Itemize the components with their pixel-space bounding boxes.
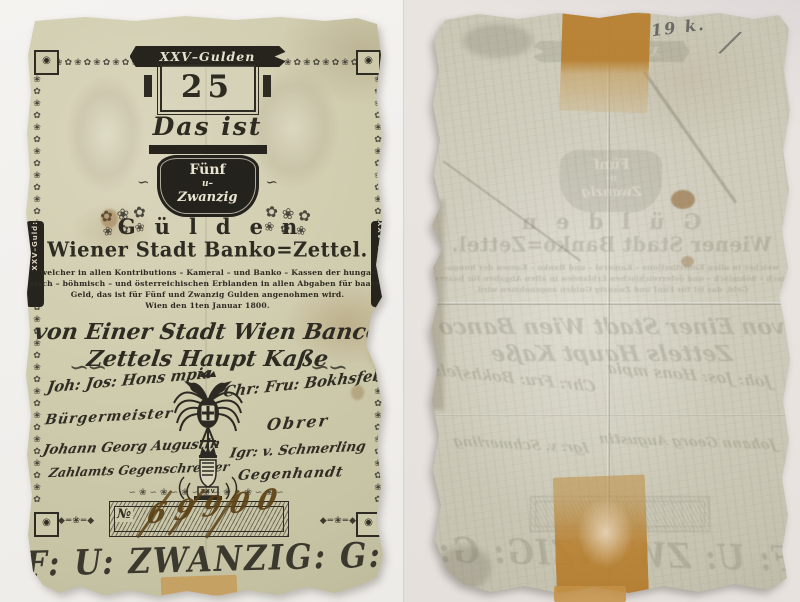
ghost-clause: welcher in allen Kontributions – Kameral… [429,262,794,295]
ghost-cartouche-line: Zwanzig [561,185,663,200]
issuer-line-1: von Einer Stadt Wien Banco [23,319,392,345]
edge-grime [429,200,444,410]
photo-composite: ❀✿❀✿❀✿❀✿❀✿❀✿❀✿❀✿❀✿❀✿❀✿❀✿❀✿❀✿❀✿❀✿❀✿❀✿❀✿❀✿… [0,0,800,602]
serial-number-label: № [115,507,133,522]
banner-text: XXV–Gulden [160,49,256,64]
denomination-frame: 25 [160,64,256,112]
banknote-front-wrap: ❀✿❀✿❀✿❀✿❀✿❀✿❀✿❀✿❀✿❀✿❀✿❀✿❀✿❀✿❀✿❀✿❀✿❀✿❀✿❀✿… [25,15,390,597]
banknote-front: ❀✿❀✿❀✿❀✿❀✿❀✿❀✿❀✿❀✿❀✿❀✿❀✿❀✿❀✿❀✿❀✿❀✿❀✿❀✿❀✿… [25,15,390,597]
das-ist-text: Das ist [25,112,390,141]
ghost-clause-line: Geld, das ist für Fünf und Zwanzig Gulde… [429,284,794,295]
frame-tassel-left [144,75,152,97]
clause-line: welcher in allen Kontributions – Kameral… [25,267,390,278]
denomination-numeral: 25 [162,66,254,108]
edge-grime [437,546,491,590]
clause-line: risch – böhmisch – und österreichischen … [25,278,390,289]
guelden-text: Gülden [25,214,390,239]
signature-title-2: Obrer [266,411,331,435]
clause-line: Geld, das ist für Fünf und Zwanzig Gulde… [25,289,390,300]
scroll-curl-icon: ∽ [265,173,278,191]
ghost-signature: Johann Georg Augustin [597,431,777,453]
ghost-issuer-1: von Einer Stadt Wien Banco [427,314,796,340]
photo-back-side: XXV–Gulden Fünf u– Zwanzig Gülden Wiener… [403,0,800,602]
corner-rosette-icon: ◉ [34,512,59,537]
micro-banner: Fünf u: Zwanzig [149,145,267,154]
ghost-guelden: Gülden [429,209,794,234]
photo-front-side: ❀✿❀✿❀✿❀✿❀✿❀✿❀✿❀✿❀✿❀✿❀✿❀✿❀✿❀✿❀✿❀✿❀✿❀✿❀✿❀✿… [0,0,403,602]
ornament-band-left: ◆═❀═◆ [58,516,95,526]
tape-overhang [554,586,626,602]
banknote-back-wrap: XXV–Gulden Fünf u– Zwanzig Gülden Wiener… [429,10,794,600]
ghost-signature: Igr: v. Schmerling [452,433,591,456]
ghost-clause-line: risch – böhmisch – und österreichischen … [429,273,794,284]
corner-rosette-icon: ◉ [356,512,381,537]
banknote-back: XXV–Gulden Fünf u– Zwanzig Gülden Wiener… [429,10,794,600]
value-cartouche: Fünf u– Zwanzig [157,155,259,217]
tape-repair-bottom [553,474,649,602]
corner-rosette-icon: ◉ [34,50,59,75]
cartouche-line-2: u– [157,179,259,189]
ink-stain [351,385,364,400]
corner-rosette-icon: ◉ [356,50,381,75]
clause-line: Wien den 1ten Januar 1800. [25,300,390,311]
ghost-cartouche-line: u– [561,174,663,184]
tape-repair-top [559,10,650,113]
brown-stain [671,190,695,209]
cartouche-line-1: Fünf [157,162,259,178]
note-title: Wiener Stadt Banko=Zettel. [25,237,390,261]
ornament-band-right: ◆═❀═◆ [320,516,357,526]
frame-tassel-right [263,75,271,97]
scroll-curl-icon: ∽ [137,173,150,191]
legal-clause: welcher in allen Kontributions – Kameral… [25,267,390,311]
fold-crease [429,414,794,416]
signature-title-1: Bürgermeister [44,406,175,429]
smudge-stain [463,24,533,58]
signature-name-4: Igr: v. Schmerling [229,438,368,461]
ghost-title: Wiener Stadt Banko=Zettel. [429,232,794,256]
ghost-cartouche: Fünf u– Zwanzig [561,150,663,212]
tape-repair [161,575,238,598]
ink-stain [101,209,118,228]
fold-crease [429,302,794,305]
brown-stain [681,256,694,267]
ghost-cartouche-line: Fünf [561,157,663,173]
ghost-clause-line: welcher in allen Kontributions – Kameral… [429,262,794,273]
cartouche-line-3: Zwanzig [157,190,259,205]
signature-title-4: Gegenhandt [237,464,345,484]
